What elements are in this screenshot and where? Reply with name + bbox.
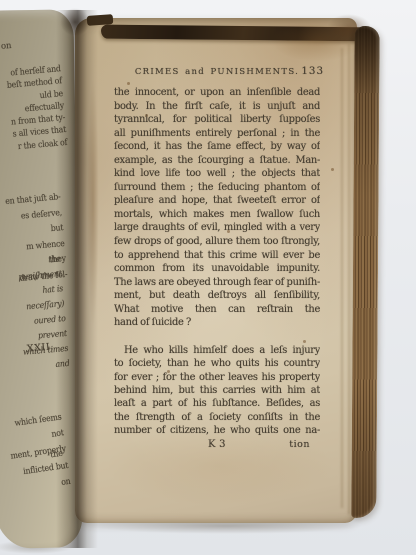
- book-photograph: on of herſelf andbeſt method ofuld be ef…: [0, 0, 416, 555]
- gutter-shadow: [60, 8, 90, 36]
- text-line: behind him, but this carries with him at: [114, 384, 320, 397]
- paragraph: He who kills himſelf does a leſs injuryt…: [114, 344, 320, 437]
- page-text: CRIMES and PUNISHMENTS. 133 the innocent…: [114, 66, 320, 451]
- foxing-spot: [331, 168, 334, 171]
- text-line: He who kills himſelf does a leſs injury: [114, 344, 320, 357]
- left-page-line-fragment: oured to prevent: [9, 312, 67, 347]
- text-line: leaſt a part of his ſubſtance. Beſides, …: [114, 397, 320, 410]
- catchword: tion: [289, 438, 310, 451]
- text-line: number of citizens, he who quits one na-: [114, 424, 320, 437]
- text-line: pleaſure and hope, that ſweeteſt error o…: [114, 194, 320, 208]
- text-line: for ever ; for the other leaves his prop…: [114, 371, 320, 384]
- text-line: body. In the firſt caſe, it is unjuſt an…: [114, 100, 320, 114]
- page-footer: K 3 tion: [114, 438, 320, 451]
- text-line: the ſtrength of a ſociety conſiſts in th…: [114, 411, 320, 424]
- text-line: ment, but death deſtroys all ſenſibility…: [114, 289, 320, 303]
- left-page-paragraph-fragment: of herſelf andbeſt method ofuld be effec…: [5, 63, 68, 154]
- text-line: few drops of good, allure them too ſtron…: [114, 235, 320, 249]
- page-number: 133: [301, 65, 324, 77]
- text-line: the innocent, or upon an inſenſible dead: [114, 86, 320, 100]
- left-page-line-fragment: on: [1, 40, 22, 51]
- text-line: tyrannical, for political liberty ſuppoſ…: [114, 113, 320, 127]
- text-line: ſecond, it has the ſame effect, by way o…: [114, 140, 320, 154]
- left-page-line-fragment: hat is neceſſary): [7, 282, 65, 317]
- text-line: mortals, which makes men ſwallow ſuch: [114, 208, 320, 222]
- text-line: to apprehend that this crime will ever b…: [114, 249, 320, 263]
- text-line: all puniſhments entirely perſonal ; in t…: [114, 127, 320, 141]
- page-top-edge-stain: [101, 25, 375, 42]
- book-fore-edge: [351, 26, 379, 518]
- running-head: CRIMES and PUNISHMENTS. 133: [114, 66, 320, 78]
- signature-mark: K 3: [208, 439, 226, 450]
- paper-stain: [87, 78, 99, 328]
- text-line: common from its unavoidable impunity.: [114, 262, 320, 276]
- left-page-text: on of herſelf andbeſt method ofuld be ef…: [0, 0, 70, 555]
- text-line: The laws are obeyed through fear of puni…: [114, 276, 320, 290]
- text-line: example, as the ſcourging a ſtatue. Man-: [114, 154, 320, 168]
- paragraph: the innocent, or upon an inſenſible dead…: [114, 86, 320, 330]
- text-line: to ſociety, than he who quits his countr…: [114, 357, 320, 370]
- left-page-italic-summary-fragment: the puniſhmenthat is neceſſary)oured to …: [4, 252, 70, 376]
- right-page: CRIMES and PUNISHMENTS. 133 the innocent…: [75, 18, 357, 523]
- text-line: What motive then can reſtrain the deſper…: [114, 303, 320, 317]
- left-page-line-fragment: es deſerve, but: [6, 206, 64, 242]
- left-page-line-fragment: the puniſhment: [4, 252, 62, 287]
- text-line: kind love life too well ; the objects th…: [114, 167, 320, 181]
- page-crease: [341, 48, 343, 508]
- text-line: large draughts of evil, mingled with a v…: [114, 221, 320, 235]
- running-head-title: CRIMES and PUNISHMENTS.: [135, 67, 299, 77]
- text-line: ſurround them ; the ſeducing phantom of: [114, 181, 320, 195]
- page-crease: [348, 44, 350, 514]
- text-line: hand of ſuicide ?: [114, 316, 320, 330]
